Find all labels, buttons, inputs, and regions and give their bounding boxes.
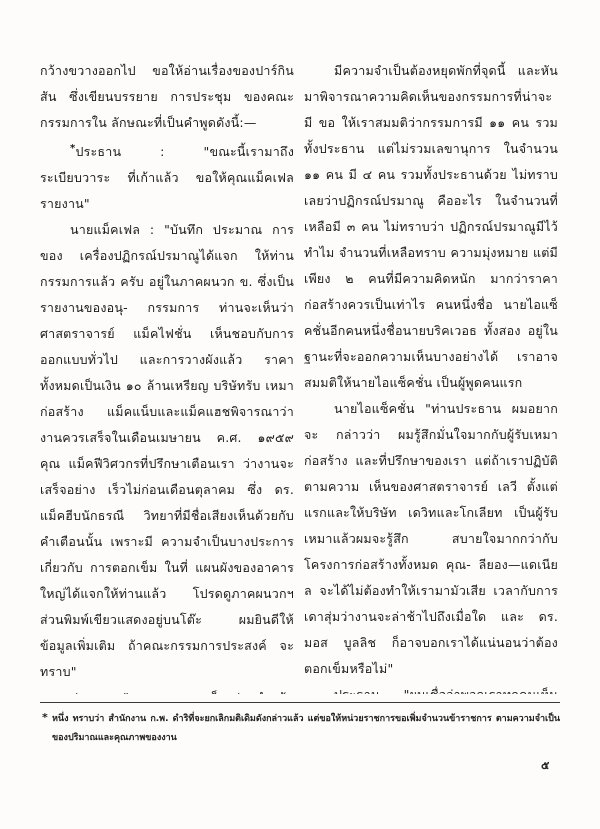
paragraph-chairman-agenda-text: ประธาน : "ขณะนี้เรามาถึงระเบียบวาระ ที่เ… [40, 144, 294, 211]
footnote-divider-rule [40, 702, 560, 703]
footnote-marker-asterisk: * [42, 708, 48, 727]
footnote-text: หนึ่ง ทราบว่า สำนักงาน ก.พ. ดำริที่จะยกเ… [52, 714, 560, 743]
paragraph-mcphail-report: นายแม็คเฟล : "บันทึก ประมาณ การ ของ เครื… [40, 217, 294, 685]
right-column: มีความจำเป็นต้องหยุดพักที่จุดนี้ และหัน … [304, 58, 558, 694]
page-number: ๕ [541, 756, 549, 774]
paragraph-committee-analysis: มีความจำเป็นต้องหยุดพักที่จุดนี้ และหัน … [304, 58, 558, 396]
scanned-document-page: กว้างขวางออกไป ขอให้อ่านเรื่องของปาร์กิน… [0, 0, 600, 829]
left-column: กว้างขวางออกไป ขอให้อ่านเรื่องของปาร์กิน… [40, 58, 294, 694]
footnote: *หนึ่ง ทราบว่า สำนักงาน ก.พ. ดำริที่จะยก… [42, 710, 560, 748]
paragraph-isaacson-speech: นายไอแซ็คชั่น "ท่านประธาน ผมอยากจะ กล่าว… [304, 396, 558, 682]
paragraph-chairman-agenda: *ประธาน : "ขณะนี้เรามาถึงระเบียบวาระ ที่… [40, 136, 294, 217]
two-column-text-area: กว้างขวางออกไป ขอให้อ่านเรื่องของปาร์กิน… [40, 58, 558, 694]
paragraph-continuation: กว้างขวางออกไป ขอให้อ่านเรื่องของปาร์กิน… [40, 58, 294, 136]
paragraph-chairman-reply: ประธาน "ผมเชื่อว่าพวกเราทุกคนเห็น ด้วยกั… [304, 682, 558, 694]
paragraph-chairman-thanks: ประธาน "ขอบคุณ คุณแม็คเฟล สำหรับ คำอธิบา… [40, 685, 294, 694]
